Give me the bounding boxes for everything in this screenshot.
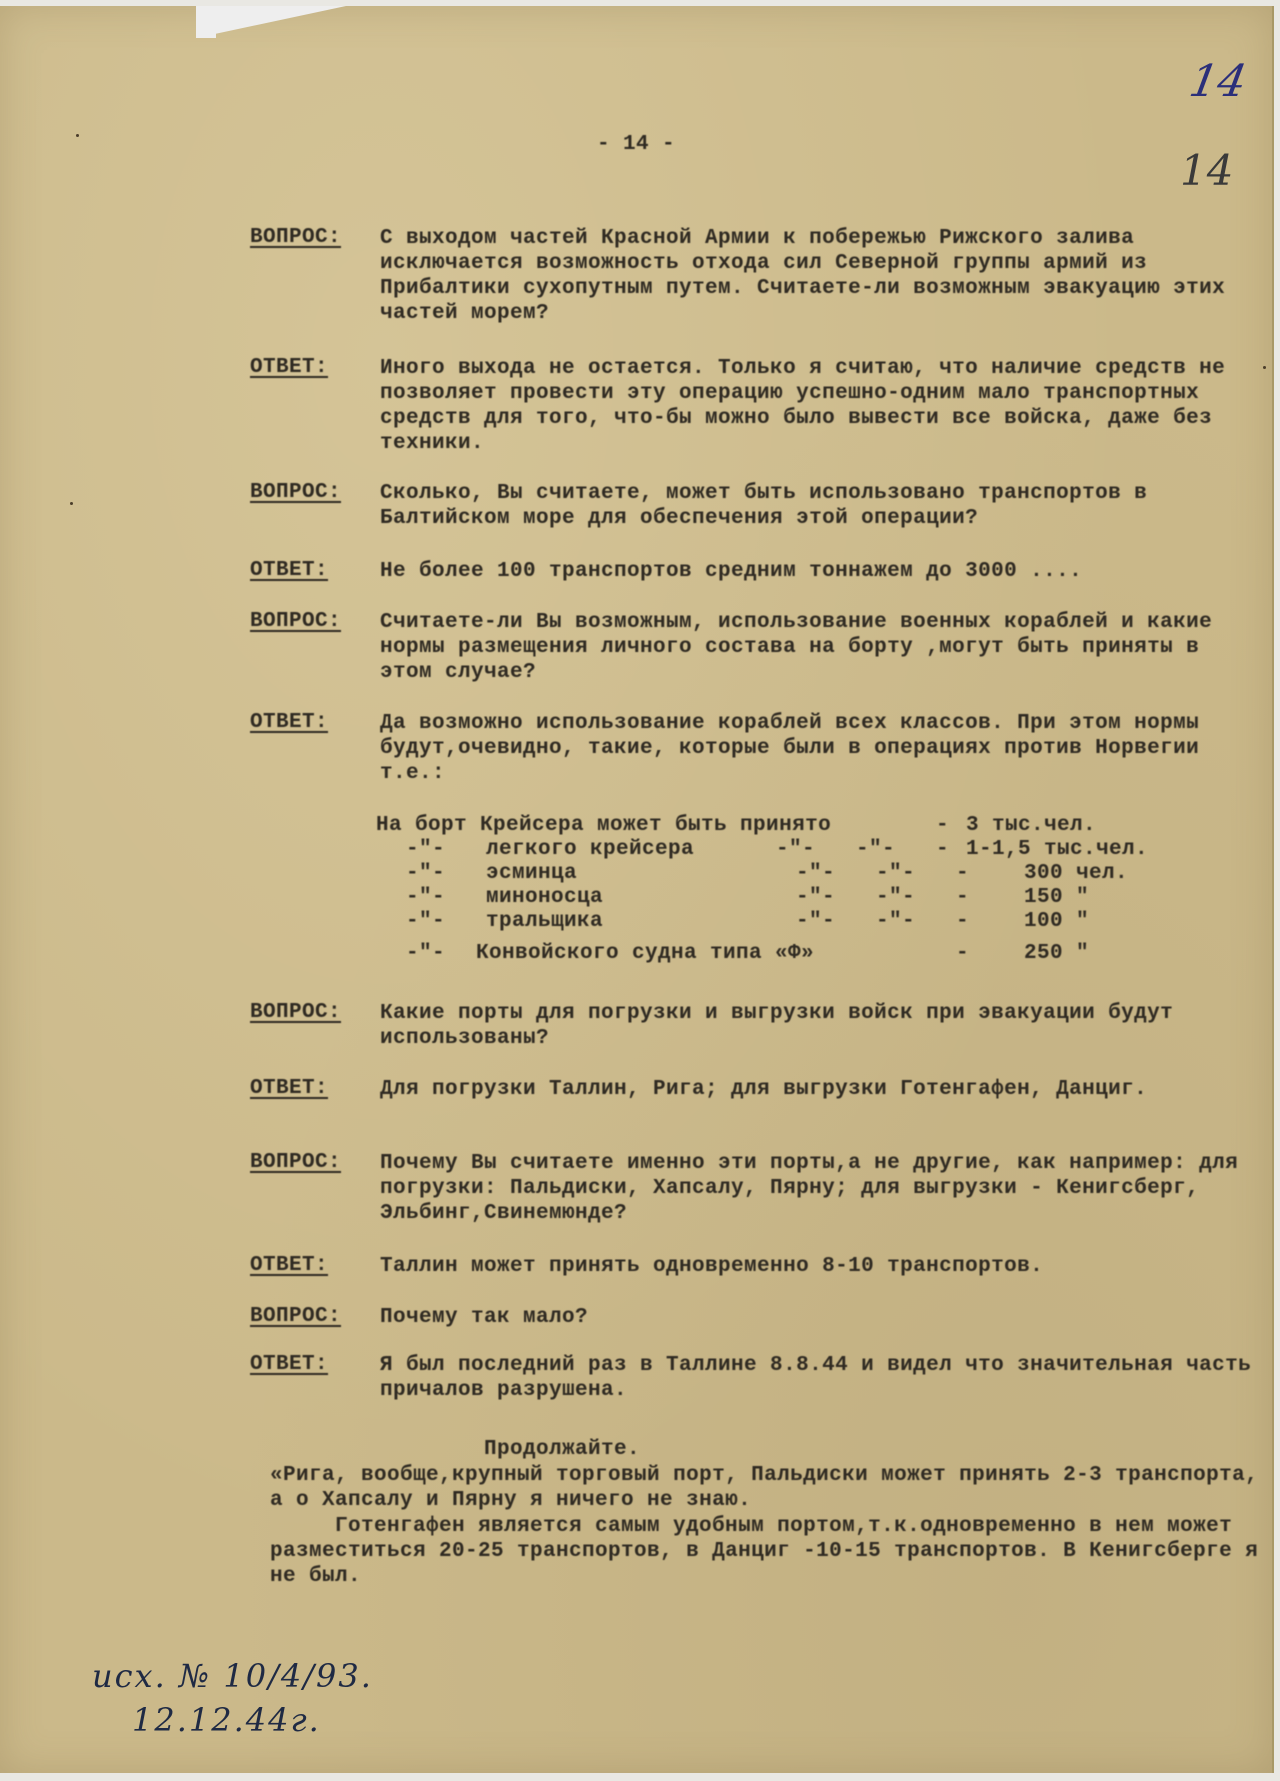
table-row: На борт Крейсера может быть принято - 3 …: [376, 814, 1256, 838]
ditto-mark: -"-: [406, 838, 445, 862]
qa-question-2: ВОПРОС: Сколько, Вы считаете, может быть…: [250, 481, 1260, 531]
ditto-mark: -"-: [776, 838, 815, 862]
answer-text: Не более 100 транспортов средним тоннаже…: [380, 559, 1260, 584]
answer-label: ОТВЕТ:: [250, 1353, 328, 1376]
capacity-value: 1-1,5 тыс.чел.: [966, 838, 1148, 862]
ship-type: тральщика: [486, 910, 603, 934]
dash: -: [956, 942, 969, 966]
question-text: Какие порты для погрузки и выгрузки войс…: [380, 1001, 1260, 1051]
table-row: -"- Конвойского судна типа «Ф» - 250 ": [376, 942, 1256, 966]
capacity-value: 100 ": [1024, 910, 1089, 934]
continuation-heading: Продолжайте.: [484, 1438, 640, 1461]
archive-folio-ink: 14: [1186, 56, 1251, 107]
question-label: ВОПРОС:: [250, 1305, 341, 1328]
answer-text: Я был последний раз в Таллине 8.8.44 и в…: [380, 1353, 1260, 1403]
qa-answer-1: ОТВЕТ: Иного выхода не остается. Только …: [250, 356, 1260, 456]
dash: -: [936, 814, 949, 838]
qa-question-4: ВОПРОС: Какие порты для погрузки и выгру…: [250, 1001, 1260, 1051]
question-text: Почему Вы считаете именно эти порты,а не…: [380, 1151, 1260, 1226]
question-label: ВОПРОС:: [250, 610, 341, 633]
ship-type: миноносца: [486, 886, 603, 910]
answer-label: ОТВЕТ:: [250, 559, 328, 582]
capacity-value: 3 тыс.чел.: [966, 814, 1096, 838]
table-row: -"- тральщика -"- -"- - 100 ": [376, 910, 1256, 934]
question-text: Считаете-ли Вы возможным, использование …: [380, 610, 1260, 685]
ditto-mark: -"-: [876, 910, 915, 934]
qa-question-1: ВОПРОС: С выходом частей Красной Армии к…: [250, 226, 1260, 326]
answer-text: Иного выхода не остается. Только я счита…: [380, 356, 1260, 456]
ditto-mark: -"-: [406, 886, 445, 910]
continuation-paragraph-1: «Рига, вообще,крупный торговый порт, Пал…: [270, 1463, 1270, 1513]
answer-text: Таллин может принять одновременно 8-10 т…: [380, 1254, 1260, 1279]
ditto-mark: -"-: [796, 886, 835, 910]
ditto-mark: -"-: [876, 886, 915, 910]
ditto-mark: -"-: [856, 838, 895, 862]
ditto-mark: -"-: [796, 862, 835, 886]
answer-label: ОТВЕТ:: [250, 1254, 328, 1277]
question-label: ВОПРОС:: [250, 1151, 341, 1174]
question-label: ВОПРОС:: [250, 226, 341, 249]
handwritten-outgoing-number: исх. № 10/4/93. 12.12.44г.: [92, 1654, 373, 1742]
document-page: - 14 - 14 14 ВОПРОС: С выходом частей Кр…: [0, 6, 1274, 1773]
ship-type: эсминца: [486, 862, 577, 886]
question-label: ВОПРОС:: [250, 1001, 341, 1024]
answer-text: Для погрузки Таллин, Рига; для выгрузки …: [380, 1077, 1260, 1102]
question-text: Почему так мало?: [380, 1305, 1260, 1330]
dash: -: [956, 886, 969, 910]
table-row: -"- эсминца -"- -"- - 300 чел.: [376, 862, 1256, 886]
qa-question-5: ВОПРОС: Почему Вы считаете именно эти по…: [250, 1151, 1260, 1226]
question-label: ВОПРОС:: [250, 481, 341, 504]
archive-folio-pencil: 14: [1180, 146, 1233, 195]
capacity-value: 300 чел.: [1024, 862, 1128, 886]
ditto-mark: -"-: [406, 910, 445, 934]
ship-capacity-table: На борт Крейсера может быть принято - 3 …: [376, 814, 1256, 966]
ditto-mark: -"-: [406, 862, 445, 886]
folded-corner-edge: [196, 6, 346, 38]
ditto-mark: -"-: [406, 942, 445, 966]
table-row: -"- миноносца -"- -"- - 150 ": [376, 886, 1256, 910]
answer-label: ОТВЕТ:: [250, 711, 328, 734]
outgoing-number: исх. № 10/4/93.: [92, 1654, 373, 1698]
qa-answer-6: ОТВЕТ: Я был последний раз в Таллине 8.8…: [250, 1353, 1260, 1403]
capacity-value: 150 ": [1024, 886, 1089, 910]
ditto-mark: -"-: [796, 910, 835, 934]
capacity-value: 250 ": [1024, 942, 1089, 966]
ship-type: На борт Крейсера может быть принято: [376, 814, 831, 838]
answer-label: ОТВЕТ:: [250, 356, 328, 379]
answer-label: ОТВЕТ:: [250, 1077, 328, 1100]
answer-text: Да возможно использование кораблей всех …: [380, 711, 1260, 786]
qa-question-6: ВОПРОС: Почему так мало?: [250, 1305, 1260, 1330]
ship-type: легкого крейсера: [486, 838, 694, 862]
qa-question-3: ВОПРОС: Считаете-ли Вы возможным, исполь…: [250, 610, 1260, 685]
dash: -: [936, 838, 949, 862]
page-number: - 14 -: [0, 133, 1272, 156]
dash: -: [956, 862, 969, 886]
question-text: Сколько, Вы считаете, может быть использ…: [380, 481, 1260, 531]
ship-type: Конвойского судна типа «Ф»: [476, 942, 814, 966]
qa-answer-3: ОТВЕТ: Да возможно использование корабле…: [250, 711, 1260, 786]
question-text: С выходом частей Красной Армии к побереж…: [380, 226, 1260, 326]
outgoing-date: 12.12.44г.: [92, 1698, 373, 1742]
dash: -: [956, 910, 969, 934]
table-row: -"- легкого крейсера -"- -"- - 1-1,5 тыс…: [376, 838, 1256, 862]
qa-answer-5: ОТВЕТ: Таллин может принять одновременно…: [250, 1254, 1260, 1279]
qa-answer-4: ОТВЕТ: Для погрузки Таллин, Рига; для вы…: [250, 1077, 1260, 1102]
continuation-paragraph-2: Готенгафен является самым удобным портом…: [270, 1514, 1270, 1589]
ditto-mark: -"-: [876, 862, 915, 886]
qa-answer-2: ОТВЕТ: Не более 100 транспортов средним …: [250, 559, 1260, 584]
